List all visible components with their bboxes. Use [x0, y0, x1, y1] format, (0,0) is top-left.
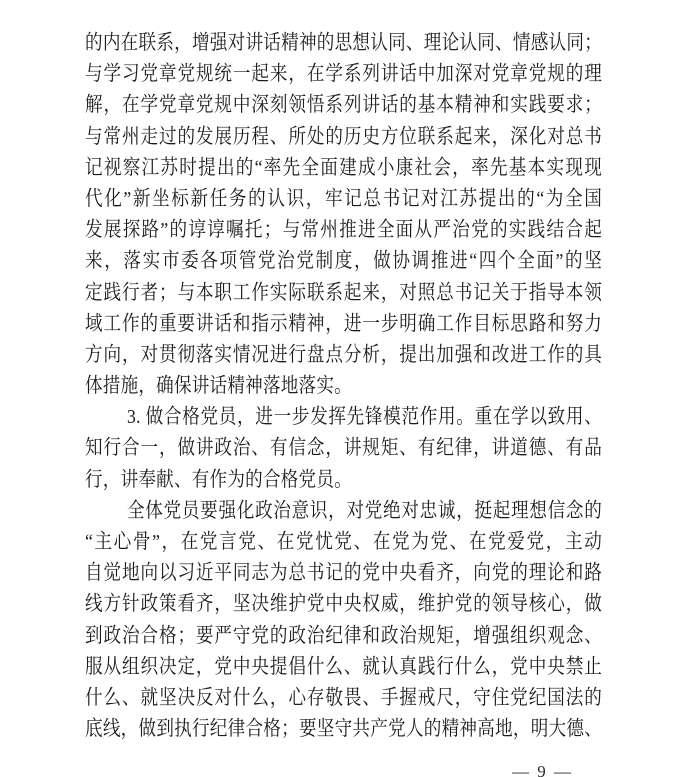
- document-page: 的内在联系，增强对讲话精神的思想认同、理论认同、情感认同；与学习党章党规统一起来…: [0, 0, 679, 777]
- text-line: 底线，做到执行纪律合格；要坚守共产党人的精神高地，明大德、: [85, 711, 602, 747]
- page-number: — 9 —: [512, 762, 573, 777]
- document-text: 的内在联系，增强对讲话精神的思想认同、理论认同、情感认同；与学习党章党规统一起来…: [85, 27, 602, 744]
